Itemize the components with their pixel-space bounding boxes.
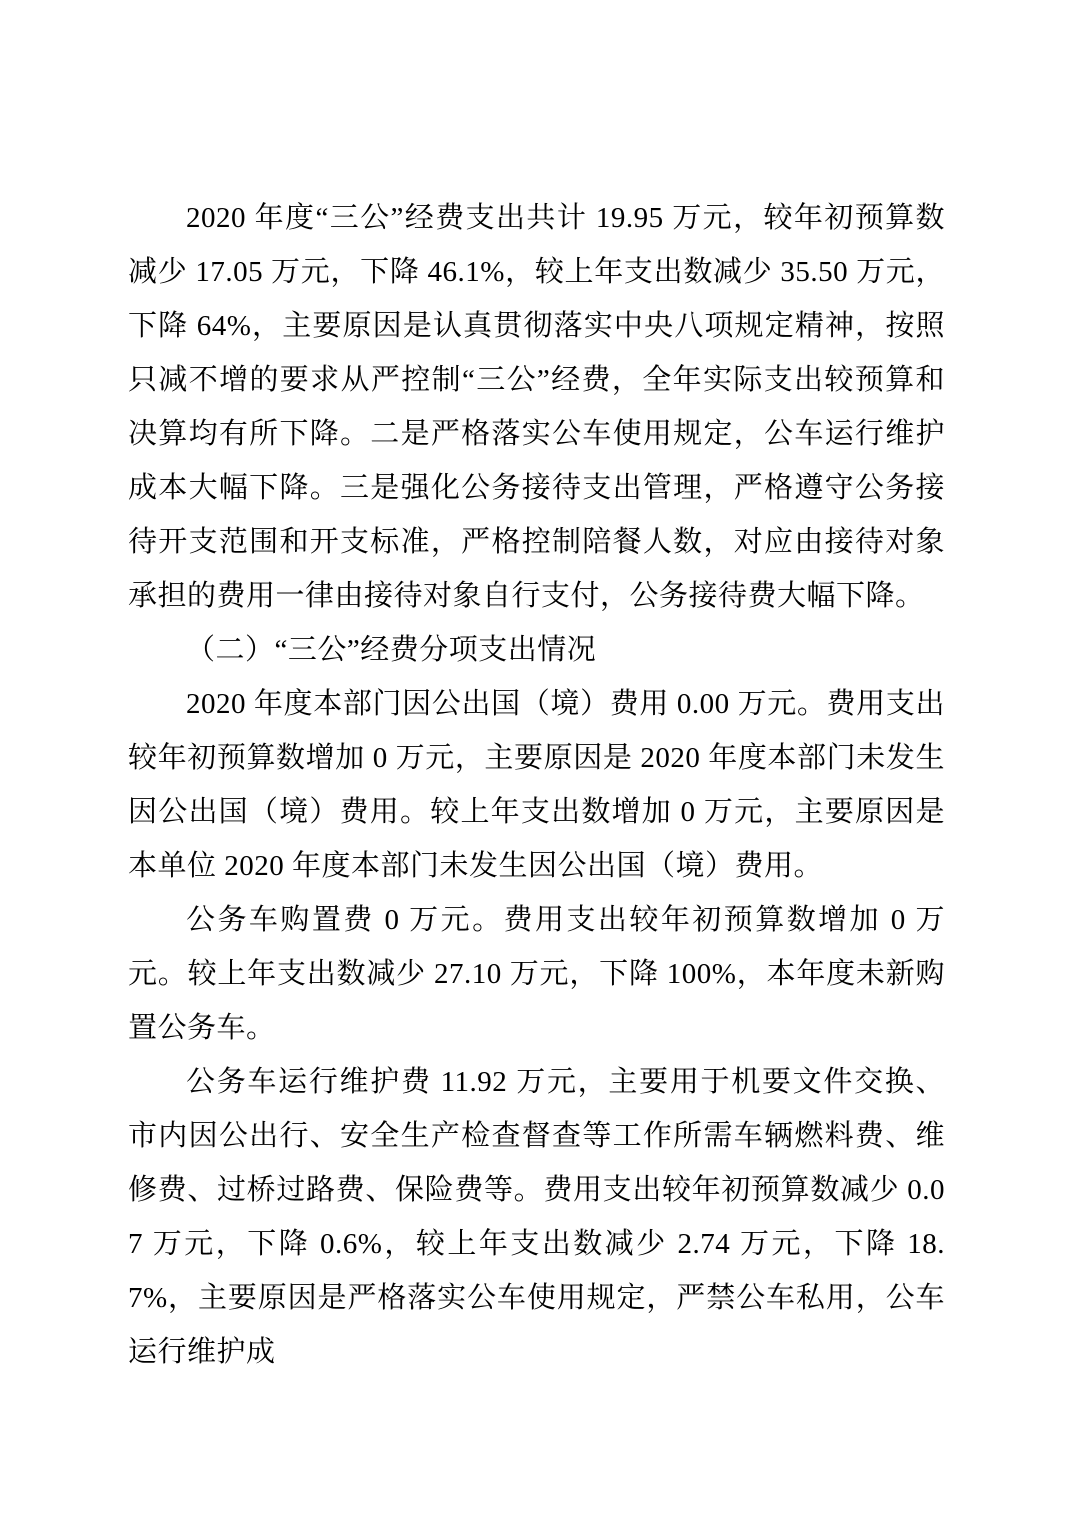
paragraph-vehicle-maintenance-expense: 公务车运行维护费 11.92 万元，主要用于机要文件交换、市内因公出行、安全生产… [128,1055,945,1379]
paragraph-overseas-travel-expense: 2020 年度本部门因公出国（境）费用 0.00 万元。费用支出较年初预算数增加… [128,677,945,893]
section-heading-itemized-expenses: （二）“三公”经费分项支出情况 [128,623,945,677]
paragraph-three-public-summary: 2020 年度“三公”经费支出共计 19.95 万元，较年初预算数减少 17.0… [128,191,945,623]
document-page: 2020 年度“三公”经费支出共计 19.95 万元，较年初预算数减少 17.0… [0,0,1074,1520]
paragraph-vehicle-purchase-expense: 公务车购置费 0 万元。费用支出较年初预算数增加 0 万元。较上年支出数减少 2… [128,893,945,1055]
